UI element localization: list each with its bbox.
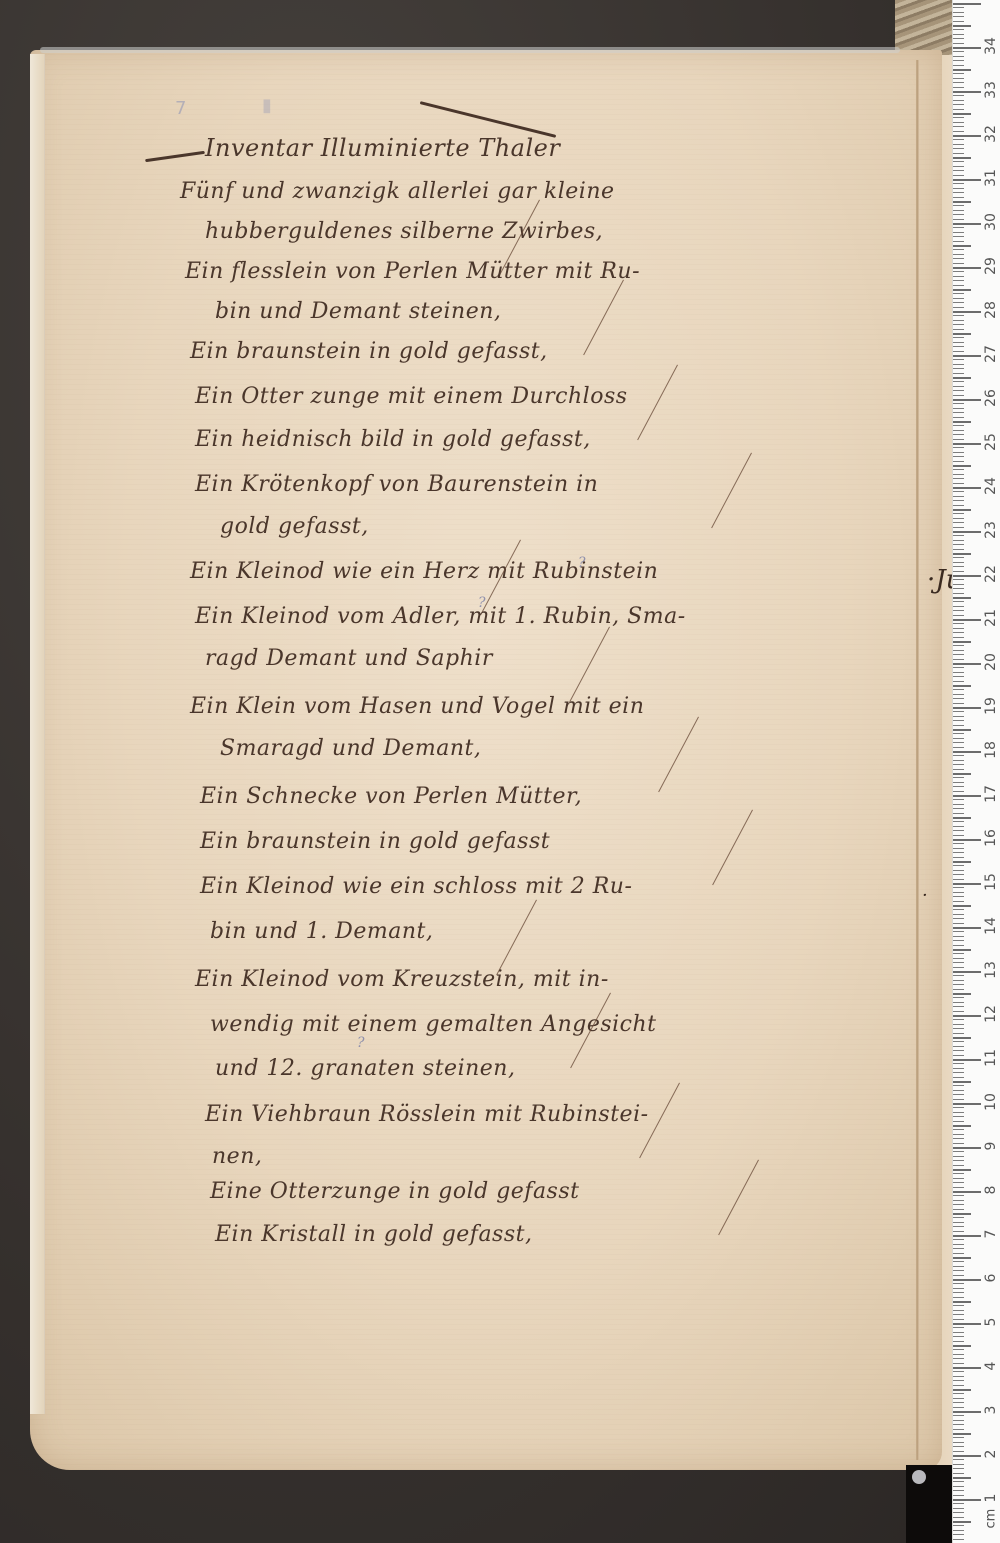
line-text: Ein Kleinod wie ein schloss mit 2 Ru- <box>200 874 632 899</box>
ruler-label: 24 <box>983 477 999 495</box>
ruler-label: 23 <box>983 521 999 539</box>
ruler-tick <box>953 601 964 602</box>
ruler-tick <box>953 1367 981 1369</box>
ruler-tick <box>953 219 964 220</box>
ruler-tick <box>953 610 964 611</box>
ruler-tick <box>953 263 964 264</box>
ruler-tick <box>953 113 971 115</box>
ruler-tick <box>953 1059 981 1061</box>
ruler-tick <box>953 1090 964 1091</box>
line-text: Ein Viehbraun Rösslein mit Rubinstei- <box>205 1102 649 1127</box>
ruler-tick <box>953 1195 964 1196</box>
ruler-tick <box>953 1266 964 1267</box>
query-mark: ? <box>478 595 486 611</box>
ruler-tick <box>953 755 964 756</box>
ruler-tick <box>953 1125 971 1127</box>
ruler-tick <box>953 1499 981 1501</box>
ruler-tick <box>953 1156 964 1157</box>
manuscript-line: Ein Viehbraun Rösslein mit Rubinstei- <box>205 1102 649 1127</box>
ruler-tick <box>953 417 964 418</box>
ruler-tick <box>953 452 964 453</box>
ruler-tick <box>953 945 964 946</box>
ruler-tick <box>953 443 981 445</box>
ruler-tick <box>953 1415 964 1416</box>
ruler-tick <box>953 1539 964 1540</box>
ruler-tick <box>953 1253 964 1254</box>
ruler-label: 18 <box>983 741 999 759</box>
ruler-tick <box>953 1437 964 1438</box>
ruler-tick <box>953 747 964 748</box>
ruler-tick <box>953 1420 964 1421</box>
ruler-label: 3 <box>983 1401 999 1419</box>
ruler-tick <box>953 562 964 563</box>
ruler-tick <box>953 1512 964 1513</box>
ruler-tick <box>953 1521 971 1523</box>
ruler-tick <box>953 905 971 907</box>
ruler-tick <box>953 1490 964 1491</box>
margin-dot-lower: · <box>922 885 928 906</box>
line-text: Ein Otter zunge mit einem Durchloss <box>195 384 628 409</box>
manuscript-line: gold gefasst, <box>220 514 369 539</box>
line-text: gold gefasst, <box>220 514 369 539</box>
ruler-tick <box>953 491 964 492</box>
ruler-tick <box>953 192 964 193</box>
ruler-label: 32 <box>983 125 999 143</box>
ruler-tick <box>953 307 964 308</box>
line-text: Ein braunstein in gold gefasst, <box>190 339 548 364</box>
ruler-tick <box>953 38 964 39</box>
query-mark: ? <box>357 1035 365 1051</box>
ruler-tick <box>953 817 971 819</box>
ruler-tick <box>953 901 964 902</box>
ruler-tick <box>953 738 964 739</box>
ruler-tick <box>953 1222 964 1223</box>
ruler-tick <box>953 245 971 247</box>
ruler-tick <box>953 632 964 633</box>
ruler-tick <box>953 16 964 17</box>
ruler-tick <box>953 1363 964 1364</box>
ruler-tick <box>953 214 964 215</box>
ruler-tick <box>953 549 964 550</box>
ruler-tick <box>953 153 964 154</box>
ruler-tick <box>953 1169 971 1171</box>
ruler-tick <box>953 1213 971 1215</box>
ruler-label: 2 <box>983 1445 999 1463</box>
ruler-tick <box>953 487 981 489</box>
ruler-tick <box>953 1072 964 1073</box>
ruler-tick <box>953 1319 964 1320</box>
ruler-tick <box>953 557 964 558</box>
ruler-tick <box>953 953 964 954</box>
ruler-tick <box>953 298 964 299</box>
ruler-tick <box>953 236 964 237</box>
cancellation-stroke <box>637 365 678 441</box>
ruler-label: 29 <box>983 257 999 275</box>
ruler-label: 12 <box>983 1005 999 1023</box>
ruler-label: 15 <box>983 873 999 891</box>
ruler-tick <box>953 43 964 44</box>
ruler-tick <box>953 65 964 66</box>
ruler-tick <box>953 337 964 338</box>
ruler-tick <box>953 78 964 79</box>
ruler-tick <box>953 249 964 250</box>
ruler-tick <box>953 51 964 52</box>
ruler-tick <box>953 628 964 629</box>
ruler-tick <box>953 1481 964 1482</box>
ruler-tick <box>953 544 964 545</box>
ruler-tick <box>953 936 964 937</box>
ruler-tick <box>953 254 964 255</box>
manuscript-line: Ein Schnecke von Perlen Mütter, <box>200 784 582 809</box>
ruler-tick <box>953 1486 964 1487</box>
ruler-tick <box>953 1226 964 1227</box>
ruler-tick <box>953 1147 981 1149</box>
ruler-tick <box>953 469 964 470</box>
ruler-tick <box>953 139 964 140</box>
ruler-tick <box>953 689 964 690</box>
ruler-tick <box>953 725 964 726</box>
ruler-tick <box>953 1398 964 1399</box>
line-text: Ein Kleinod vom Kreuzstein, mit in- <box>195 967 609 992</box>
line-text: Ein Kristall in gold gefasst, <box>215 1222 532 1247</box>
ruler-tick <box>953 1424 964 1425</box>
ruler-tick <box>953 412 964 413</box>
manuscript-line: Ein Kleinod vom Adler, mit 1. Rubin, Sma… <box>195 604 686 629</box>
ruler-tick <box>953 1046 964 1047</box>
ruler-label: 25 <box>983 433 999 451</box>
ruler-tick <box>953 34 964 35</box>
ruler-tick <box>953 425 964 426</box>
ruler-tick <box>953 676 964 677</box>
ruler-tick <box>953 109 964 110</box>
ruler-tick <box>953 698 964 699</box>
ruler-tick <box>953 1011 964 1012</box>
ruler-tick <box>953 971 981 973</box>
ruler-tick <box>953 1134 964 1135</box>
ruler-tick <box>953 232 964 233</box>
ruler-tick <box>953 364 964 365</box>
ruler-tick <box>953 1503 964 1504</box>
ruler-tick <box>953 131 964 132</box>
ruler-tick <box>953 967 964 968</box>
ruler-tick <box>953 659 964 660</box>
ruler-tick <box>953 1495 964 1496</box>
ruler-tick <box>953 205 964 206</box>
manuscript-line: Ein heidnisch bild in gold gefasst, <box>195 427 591 452</box>
ruler-tick <box>953 782 964 783</box>
ruler-tick <box>953 1305 964 1306</box>
ruler-tick <box>953 1099 964 1100</box>
ruler-tick <box>953 773 971 775</box>
ruler-tick <box>953 342 964 343</box>
ruler-tick <box>953 329 964 330</box>
ruler-tick <box>953 1407 964 1408</box>
ruler-tick <box>953 126 964 127</box>
ruler-tick <box>953 1530 964 1531</box>
ruler-tick <box>953 535 964 536</box>
ruler-tick <box>953 1151 964 1152</box>
ruler-tick <box>953 795 981 797</box>
ruler-tick <box>953 285 964 286</box>
ruler-tick <box>953 518 964 519</box>
ruler-tick <box>953 949 971 951</box>
ruler-tick <box>953 804 964 805</box>
ruler-label: 6 <box>983 1269 999 1287</box>
ruler-tick <box>953 183 964 184</box>
ruler-tick <box>953 522 964 523</box>
ruler-tick <box>953 355 981 357</box>
ruler-tick <box>953 1200 964 1201</box>
ruler-tick <box>953 531 981 533</box>
ruler-tick <box>953 606 964 607</box>
ruler-tick <box>953 1239 964 1240</box>
ruler-tick <box>953 588 964 589</box>
ruler-tick <box>953 1455 981 1457</box>
ruler-tick <box>953 1371 964 1372</box>
ruler-label: 7 <box>983 1225 999 1243</box>
ruler-tick <box>953 1433 971 1435</box>
manuscript-line: bin und Demant steinen, <box>215 299 501 324</box>
ruler-tick <box>953 430 964 431</box>
ruler-tick <box>953 421 971 423</box>
ruler-label: 21 <box>983 609 999 627</box>
ruler-tick <box>953 311 981 313</box>
ruler-tick <box>953 984 964 985</box>
cancellation-stroke <box>496 900 537 976</box>
ruler-tick <box>953 1393 964 1394</box>
line-text: Ein flesslein von Perlen Mütter mit Ru- <box>185 259 640 284</box>
line-text: Ein Kleinod wie ein Herz mit Rubinstein <box>190 559 658 584</box>
ruler-tick <box>953 1358 964 1359</box>
ruler-tick <box>953 346 964 347</box>
ruler-tick <box>953 1257 971 1259</box>
ruler-tick <box>953 923 964 924</box>
ruler-tick <box>953 914 964 915</box>
ruler-tick <box>953 681 964 682</box>
ruler-tick <box>953 685 971 687</box>
ruler-tick <box>953 1121 964 1122</box>
ruler-tick <box>953 513 964 514</box>
ruler-tick <box>953 465 971 467</box>
ruler-tick <box>953 1178 964 1179</box>
ruler-label: 5 <box>983 1313 999 1331</box>
ruler-tick <box>953 1055 964 1056</box>
ruler-label: 26 <box>983 389 999 407</box>
ruler-tick <box>953 1033 964 1034</box>
ruler-tick <box>953 1473 964 1474</box>
manuscript-line: nen, <box>212 1144 262 1169</box>
ruler-tick <box>953 861 971 863</box>
ruler-tick <box>953 1327 964 1328</box>
ruler-tick <box>953 1288 964 1289</box>
ruler-tick <box>953 777 964 778</box>
ruler-label: 13 <box>983 961 999 979</box>
ruler-tick <box>953 1217 964 1218</box>
ruler-tick <box>953 500 964 501</box>
ruler-tick <box>953 575 981 577</box>
ruler-tick <box>953 962 964 963</box>
ruler-tick <box>953 848 964 849</box>
ruler-tick <box>953 201 971 203</box>
ruler-tick <box>953 720 964 721</box>
ruler-tick <box>953 241 964 242</box>
ruler-label: 4 <box>983 1357 999 1375</box>
ruler-tick <box>953 280 964 281</box>
ruler-tick <box>953 958 964 959</box>
ruler-tick <box>953 975 964 976</box>
ruler-tick <box>953 144 964 145</box>
ruler-label: 31 <box>983 169 999 187</box>
line-text: bin und 1. Demant, <box>210 919 433 944</box>
ruler-tick <box>953 540 964 541</box>
ruler-tick <box>953 1451 964 1452</box>
ruler-tick <box>953 1411 981 1413</box>
ruler-tick <box>953 223 981 225</box>
ruler-tick <box>953 645 964 646</box>
ruler-tick <box>953 1468 964 1469</box>
ruler-tick <box>953 461 964 462</box>
ruler-label: 14 <box>983 917 999 935</box>
ruler-tick <box>953 82 964 83</box>
ruler-tick <box>953 1336 964 1337</box>
line-text: und 12. granaten steinen, <box>215 1056 515 1081</box>
ruler-tick <box>953 271 964 272</box>
ruler-tick <box>953 1077 964 1078</box>
ruler-tick <box>953 1235 981 1237</box>
ruler-tick <box>953 135 981 137</box>
ruler-tick <box>953 989 964 990</box>
ruler-tick <box>953 122 964 123</box>
ruler-tick <box>953 351 964 352</box>
ruler-tick <box>953 1385 964 1386</box>
ruler-tick <box>953 993 971 995</box>
ruler-tick <box>953 1464 964 1465</box>
ruler-unit-label: cm <box>984 1511 999 1529</box>
ruler-label: 28 <box>983 301 999 319</box>
line-text: Fünf und zwanzigk allerlei gar kleine <box>180 179 615 204</box>
ruler-tick <box>953 7 964 8</box>
ruler-tick <box>953 764 964 765</box>
ruler-tick <box>953 1376 964 1377</box>
ruler-tick <box>953 324 964 325</box>
query-mark: ? <box>578 555 586 571</box>
manuscript-line: Smaragd und Demant, <box>220 736 481 761</box>
ruler-tick <box>953 927 981 929</box>
ruler-tick <box>953 381 964 382</box>
ruler-tick <box>953 707 981 709</box>
heading-flourish-left <box>145 151 205 162</box>
ruler-tick <box>953 3 981 5</box>
ruler-tick <box>953 1002 964 1003</box>
ruler-tick <box>953 1050 964 1051</box>
ruler-label: 17 <box>983 785 999 803</box>
ruler-tick <box>953 509 971 511</box>
ruler-tick <box>953 1429 964 1430</box>
ruler-tick <box>953 408 964 409</box>
ruler-tick <box>953 166 964 167</box>
ruler-tick <box>953 1389 971 1391</box>
ruler-tick <box>953 1173 964 1174</box>
line-text: Ein Schnecke von Perlen Mütter, <box>200 784 582 809</box>
ruler-tick <box>953 1477 971 1479</box>
ruler-tick <box>953 368 964 369</box>
ruler-tick <box>953 373 964 374</box>
ruler-tick <box>953 786 964 787</box>
ruler-tick <box>953 302 964 303</box>
ruler-tick <box>953 553 971 555</box>
ruler-tick <box>953 179 981 181</box>
ruler-tick <box>953 527 964 528</box>
ruler-tick <box>953 1191 981 1193</box>
ruler-tick <box>953 808 964 809</box>
ruler-tick <box>953 258 964 259</box>
ruler-tick <box>953 883 981 885</box>
ruler-label: 11 <box>983 1049 999 1067</box>
ruler-tick <box>953 56 964 57</box>
ruler-tick <box>953 188 964 189</box>
ruler-tick <box>953 447 964 448</box>
measurement-ruler: cm 1234567891011121314151617181920212223… <box>952 0 1000 1543</box>
ruler-tick <box>953 1248 964 1249</box>
ruler-tick <box>953 1143 964 1144</box>
ruler-tick <box>953 1068 964 1069</box>
manuscript-line: Ein Kleinod wie ein schloss mit 2 Ru- <box>200 874 632 899</box>
ruler-tick <box>953 1323 981 1325</box>
ruler-tick <box>953 1283 964 1284</box>
ruler-label: 19 <box>983 697 999 715</box>
ruler-tick <box>953 1345 971 1347</box>
cancellation-stroke <box>711 453 752 529</box>
ruler-tick <box>953 799 964 800</box>
ruler-tick <box>953 791 964 792</box>
manuscript-line: Fünf und zwanzigk allerlei gar kleine <box>180 179 615 204</box>
ruler-tick <box>953 1041 964 1042</box>
ruler-tick <box>953 835 964 836</box>
ruler-tick <box>953 931 964 932</box>
manuscript-line: Ein Kristall in gold gefasst, <box>215 1222 532 1247</box>
ruler-tick <box>953 1160 964 1161</box>
ruler-tick <box>953 1015 981 1017</box>
ruler-tick <box>953 1310 964 1311</box>
ruler-tick <box>953 579 964 580</box>
ruler-tick <box>953 892 964 893</box>
ruler-tick <box>953 1349 964 1350</box>
line-text: Smaragd und Demant, <box>220 736 481 761</box>
ruler-tick <box>953 703 964 704</box>
ruler-tick <box>953 769 964 770</box>
ruler-tick <box>953 654 964 655</box>
ruler-tick <box>953 623 964 624</box>
ruler-label: 34 <box>983 37 999 55</box>
ruler-tick <box>953 359 964 360</box>
ruler-tick <box>953 483 964 484</box>
manuscript-line: Ein Klein vom Hasen und Vogel mit ein <box>190 694 644 719</box>
ruler-tick <box>953 918 964 919</box>
ruler-tick <box>953 619 981 621</box>
ruler-tick <box>953 496 964 497</box>
ruler-tick <box>953 1204 964 1205</box>
ruler-tick <box>953 73 964 74</box>
ruler-tick <box>953 571 964 572</box>
cancellation-stroke <box>712 810 753 886</box>
ruler-label: 16 <box>983 829 999 847</box>
ruler-tick <box>953 315 964 316</box>
ruler-tick <box>953 1138 964 1139</box>
ruler-tick <box>953 69 971 71</box>
ruler-tick <box>953 1270 964 1271</box>
cancellation-stroke <box>718 1160 759 1236</box>
line-text: ragd Demant und Saphir <box>205 646 493 671</box>
